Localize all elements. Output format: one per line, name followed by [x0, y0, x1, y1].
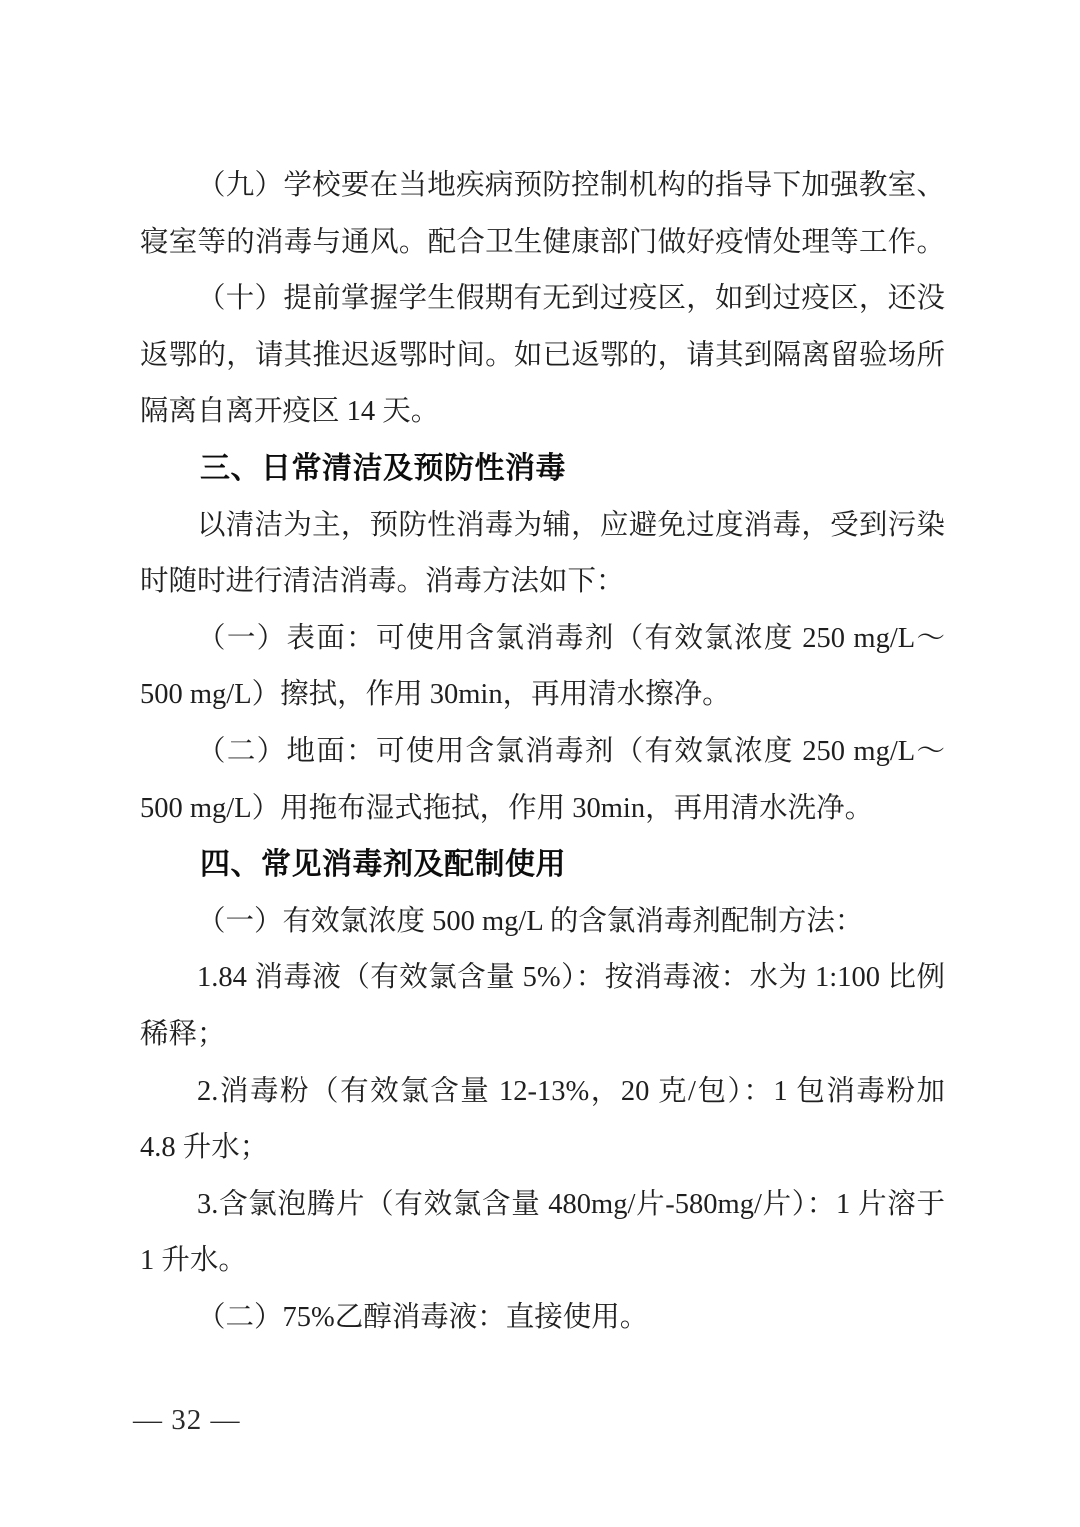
document-line: 时随时进行清洁消毒。消毒方法如下：	[140, 554, 945, 611]
document-line: （二）75%乙醇消毒液：直接使用。	[140, 1290, 945, 1347]
document-line: 寝室等的消毒与通风。配合卫生健康部门做好疫情处理等工作。	[140, 215, 945, 272]
document-line: 2.消毒粉（有效氯含量 12-13%，20 克/包）：1 包消毒粉加	[140, 1064, 945, 1121]
document-line: 3.含氯泡腾片（有效氯含量 480mg/片-580mg/片）：1 片溶于	[140, 1177, 945, 1234]
document-line: 稀释；	[140, 1007, 945, 1064]
document-line: （二）地面：可使用含氯消毒剂（有效氯浓度 250 mg/L～	[140, 724, 945, 781]
document-line: 1.84 消毒液（有效氯含量 5%）：按消毒液：水为 1:100 比例	[140, 950, 945, 1007]
page-footer: — 32 —	[133, 1392, 241, 1448]
document-line: 以清洁为主，预防性消毒为辅，应避免过度消毒，受到污染	[140, 498, 945, 555]
document-body: （九）学校要在当地疾病预防控制机构的指导下加强教室、寝室等的消毒与通风。配合卫生…	[140, 158, 945, 1346]
document-line: （一）表面：可使用含氯消毒剂（有效氯浓度 250 mg/L～	[140, 611, 945, 668]
section-heading: 四、常见消毒剂及配制使用	[140, 837, 945, 894]
page-number: — 32 —	[133, 1404, 241, 1436]
document-line: （一）有效氯浓度 500 mg/L 的含氯消毒剂配制方法：	[140, 894, 945, 951]
document-line: 1 升水。	[140, 1233, 945, 1290]
document-line: 隔离自离开疫区 14 天。	[140, 384, 945, 441]
document-line: 500 mg/L）用拖布湿式拖拭，作用 30min，再用清水洗净。	[140, 781, 945, 838]
document-line: （九）学校要在当地疾病预防控制机构的指导下加强教室、	[140, 158, 945, 215]
document-line: 4.8 升水；	[140, 1120, 945, 1177]
document-line: （十）提前掌握学生假期有无到过疫区，如到过疫区，还没	[140, 271, 945, 328]
section-heading: 三、日常清洁及预防性消毒	[140, 441, 945, 498]
document-line: 500 mg/L）擦拭，作用 30min，再用清水擦净。	[140, 667, 945, 724]
document-line: 返鄂的，请其推迟返鄂时间。如已返鄂的，请其到隔离留验场所	[140, 328, 945, 385]
document-page: （九）学校要在当地疾病预防控制机构的指导下加强教室、寝室等的消毒与通风。配合卫生…	[0, 0, 1080, 1527]
